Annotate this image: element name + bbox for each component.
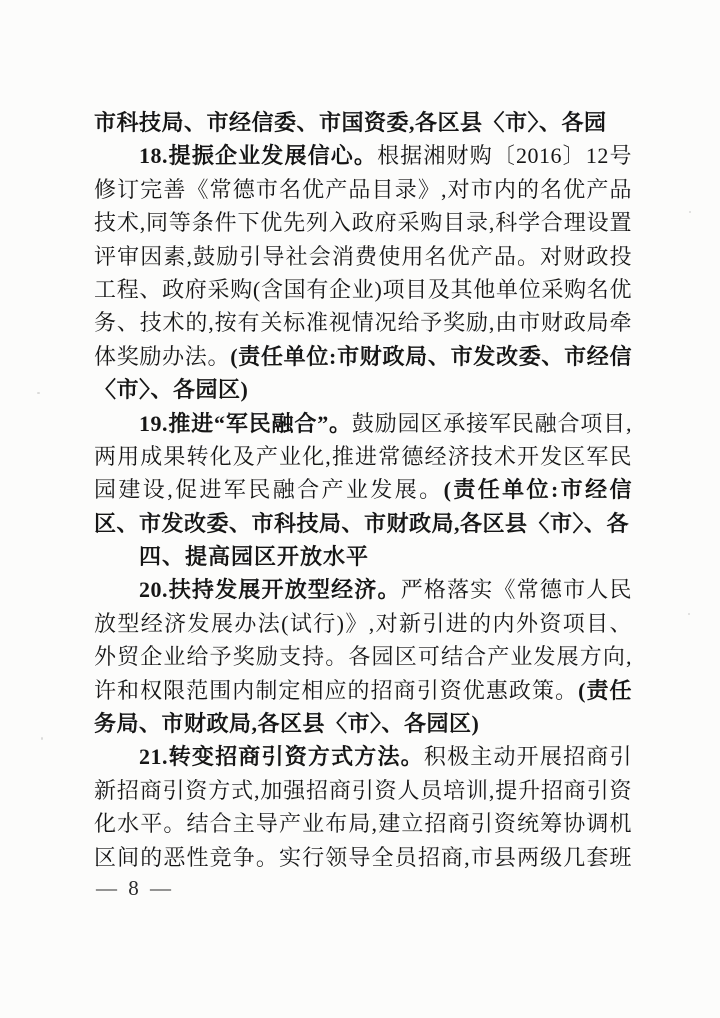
body-text: 技术,同等条件下优先列入政府采购目录,科学合理设置名优产品	[94, 210, 632, 239]
text-line: 区间的恶性竞争。实行领导全员招商,市县两级几套班子领导干	[94, 841, 632, 874]
scan-speck	[689, 211, 691, 213]
text-line: 20.扶持发展开放型经济。严格落实《常德市人民政府扶持开	[94, 573, 632, 606]
document-page: 市科技局、市经信委、市国资委,各区县〈市〉、各园区)18.提振企业发展信心。根据…	[0, 0, 720, 1018]
body-text: 许和权限范围内制定相应的招商引资优惠政策。	[94, 678, 578, 703]
scan-speck	[41, 737, 43, 740]
body-text: 工程、政府采购(含国有企业)项目及其他单位采购名优产品、服	[94, 277, 632, 306]
text-line: 评审因素,鼓励引导社会消费使用名优产品。对财政投资的重点	[94, 240, 632, 273]
text-line: 19.推进“军民融合”。鼓励园区承接军民融合项目,支持军地	[94, 407, 632, 440]
body-text: 修订完善《常德市名优产品目录》,对市内的名优产品和新产品、新	[94, 177, 632, 206]
text-line: 〈市〉、各园区)	[94, 373, 632, 406]
text-line: 工程、政府采购(含国有企业)项目及其他单位采购名优产品、服	[94, 273, 632, 306]
emphasis-text: 务局、市财政局,各区县〈市〉、各园区)	[94, 711, 479, 736]
text-line: 18.提振企业发展信心。根据湘财购〔2016〕12号文件精神,	[94, 139, 632, 172]
body-text: 两用成果转化及产业化,推进常德经济技术开发区军民融合产业	[94, 444, 632, 473]
text-line: 区、市发改委、市科技局、市财政局,各区县〈市〉、各园区)	[94, 507, 632, 540]
text-line: 许和权限范围内制定相应的招商引资优惠政策。(责任单位:市商	[94, 674, 632, 707]
text-line: 四、提高园区开放水平	[94, 540, 632, 573]
emphasis-text: 21.转变招商引资方式方法。	[139, 744, 424, 769]
text-line: 务局、市财政局,各区县〈市〉、各园区)	[94, 707, 632, 740]
text-line: 新招商引资方式,加强招商引资人员培训,提升招商引资工作专业	[94, 774, 632, 807]
body-text: 区间的恶性竞争。实行领导全员招商,市县两级几套班子领导干	[94, 845, 632, 874]
body-text: 园建设,促进军民融合产业发展。	[94, 477, 444, 502]
body-text: 化水平。结合主导产业布局,建立招商引资统筹协调机制,防止园	[94, 811, 632, 840]
emphasis-text: 市科技局、市经信委、市国资委,各区县〈市〉、各园区)	[94, 110, 607, 139]
page-number: — 8 —	[96, 876, 174, 900]
text-line: 两用成果转化及产业化,推进常德经济技术开发区军民融合产业	[94, 440, 632, 473]
emphasis-text: 〈市〉、各园区)	[94, 377, 248, 402]
scan-speck	[37, 392, 40, 394]
text-line: 放型经济发展办法(试行)》,对新引进的内外资项目、业绩突出的	[94, 607, 632, 640]
emphasis-text: 20.扶持发展开放型经济。	[139, 577, 401, 602]
document-body: 市科技局、市经信委、市国资委,各区县〈市〉、各园区)18.提振企业发展信心。根据…	[94, 106, 632, 874]
emphasis-text: 19.推进“军民融合”。	[139, 411, 352, 436]
body-text: 外贸企业给予奖励支持。各园区可结合产业发展方向,在政策允	[94, 644, 632, 673]
emphasis-text: 区、市发改委、市科技局、市财政局,各区县〈市〉、各园区)	[94, 511, 629, 540]
text-line: 21.转变招商引资方式方法。积极主动开展招商引资活动,创	[94, 740, 632, 773]
text-line: 修订完善《常德市名优产品目录》,对市内的名优产品和新产品、新	[94, 173, 632, 206]
text-line: 市科技局、市经信委、市国资委,各区县〈市〉、各园区)	[94, 106, 632, 139]
emphasis-text: 18.提振企业发展信心。	[139, 143, 377, 168]
text-line: 体奖励办法。(责任单位:市财政局、市发改委、市经信委,各区县	[94, 340, 632, 373]
text-line: 园建设,促进军民融合产业发展。(责任单位:市经信委、常德军分	[94, 473, 632, 506]
body-text: 新招商引资方式,加强招商引资人员培训,提升招商引资工作专业	[94, 778, 632, 807]
body-text: 务、技术的,按有关标准视情况给予奖励,由市财政局牵头制定具	[94, 310, 632, 339]
text-line: 务、技术的,按有关标准视情况给予奖励,由市财政局牵头制定具	[94, 306, 632, 339]
text-line: 技术,同等条件下优先列入政府采购目录,科学合理设置名优产品	[94, 206, 632, 239]
scan-speck	[688, 613, 690, 615]
body-text: 体奖励办法。	[94, 344, 230, 369]
text-line: 化水平。结合主导产业布局,建立招商引资统筹协调机制,防止园	[94, 807, 632, 840]
body-text: 评审因素,鼓励引导社会消费使用名优产品。对财政投资的重点	[94, 244, 632, 273]
body-text: 放型经济发展办法(试行)》,对新引进的内外资项目、业绩突出的	[94, 611, 632, 640]
section-heading: 四、提高园区开放水平	[139, 544, 369, 569]
text-line: 外贸企业给予奖励支持。各园区可结合产业发展方向,在政策允	[94, 640, 632, 673]
